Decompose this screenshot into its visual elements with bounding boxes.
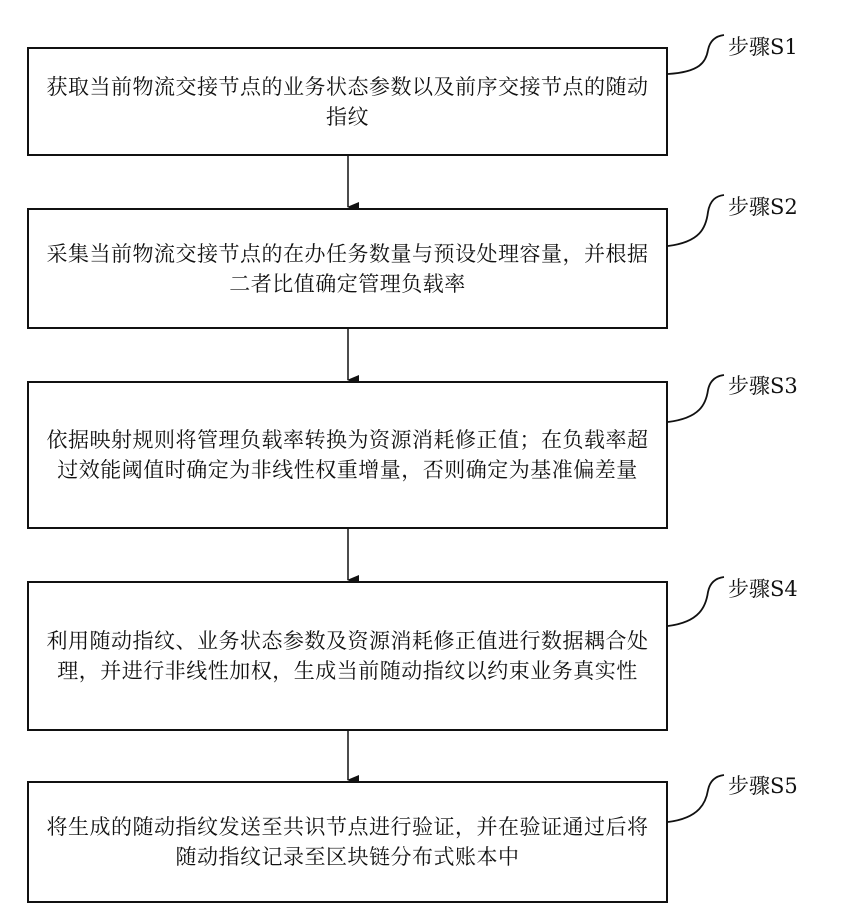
- leader-s3: [668, 375, 724, 422]
- step-text-s2: 采集当前物流交接节点的在办任务数量与预设处理容量，并根据二者比值确定管理负载率: [46, 239, 650, 299]
- step-text-s3: 依据映射规则将管理负载率转换为资源消耗修正值；在负载率超过效能阈值时确定为非线性…: [46, 425, 650, 485]
- step-text-s1: 获取当前物流交接节点的业务状态参数以及前序交接节点的随动指纹: [46, 72, 650, 132]
- leader-s2: [668, 195, 724, 246]
- step-label-s4: 步骤S4: [728, 577, 798, 601]
- step-label-s1: 步骤S1: [728, 35, 798, 59]
- leader-s1: [668, 35, 724, 74]
- label-leaders: [668, 35, 724, 822]
- step-text-s4: 利用随动指纹、业务状态参数及资源消耗修正值进行数据耦合处理，并进行非线性加权，生…: [46, 626, 650, 686]
- step-text-s5: 将生成的随动指纹发送至共识节点进行验证，并在验证通过后将随动指纹记录至区块链分布…: [46, 812, 650, 872]
- leader-s5: [668, 775, 724, 822]
- step-box-s2: 采集当前物流交接节点的在办任务数量与预设处理容量，并根据二者比值确定管理负载率: [27, 208, 668, 329]
- step-box-s4: 利用随动指纹、业务状态参数及资源消耗修正值进行数据耦合处理，并进行非线性加权，生…: [27, 581, 668, 731]
- step-box-s1: 获取当前物流交接节点的业务状态参数以及前序交接节点的随动指纹: [27, 47, 668, 156]
- step-box-s3: 依据映射规则将管理负载率转换为资源消耗修正值；在负载率超过效能阈值时确定为非线性…: [27, 381, 668, 529]
- step-label-s5: 步骤S5: [728, 774, 798, 798]
- step-label-s3: 步骤S3: [728, 374, 798, 398]
- step-box-s5: 将生成的随动指纹发送至共识节点进行验证，并在验证通过后将随动指纹记录至区块链分布…: [27, 781, 668, 903]
- step-label-s2: 步骤S2: [728, 195, 798, 219]
- leader-s4: [668, 577, 724, 626]
